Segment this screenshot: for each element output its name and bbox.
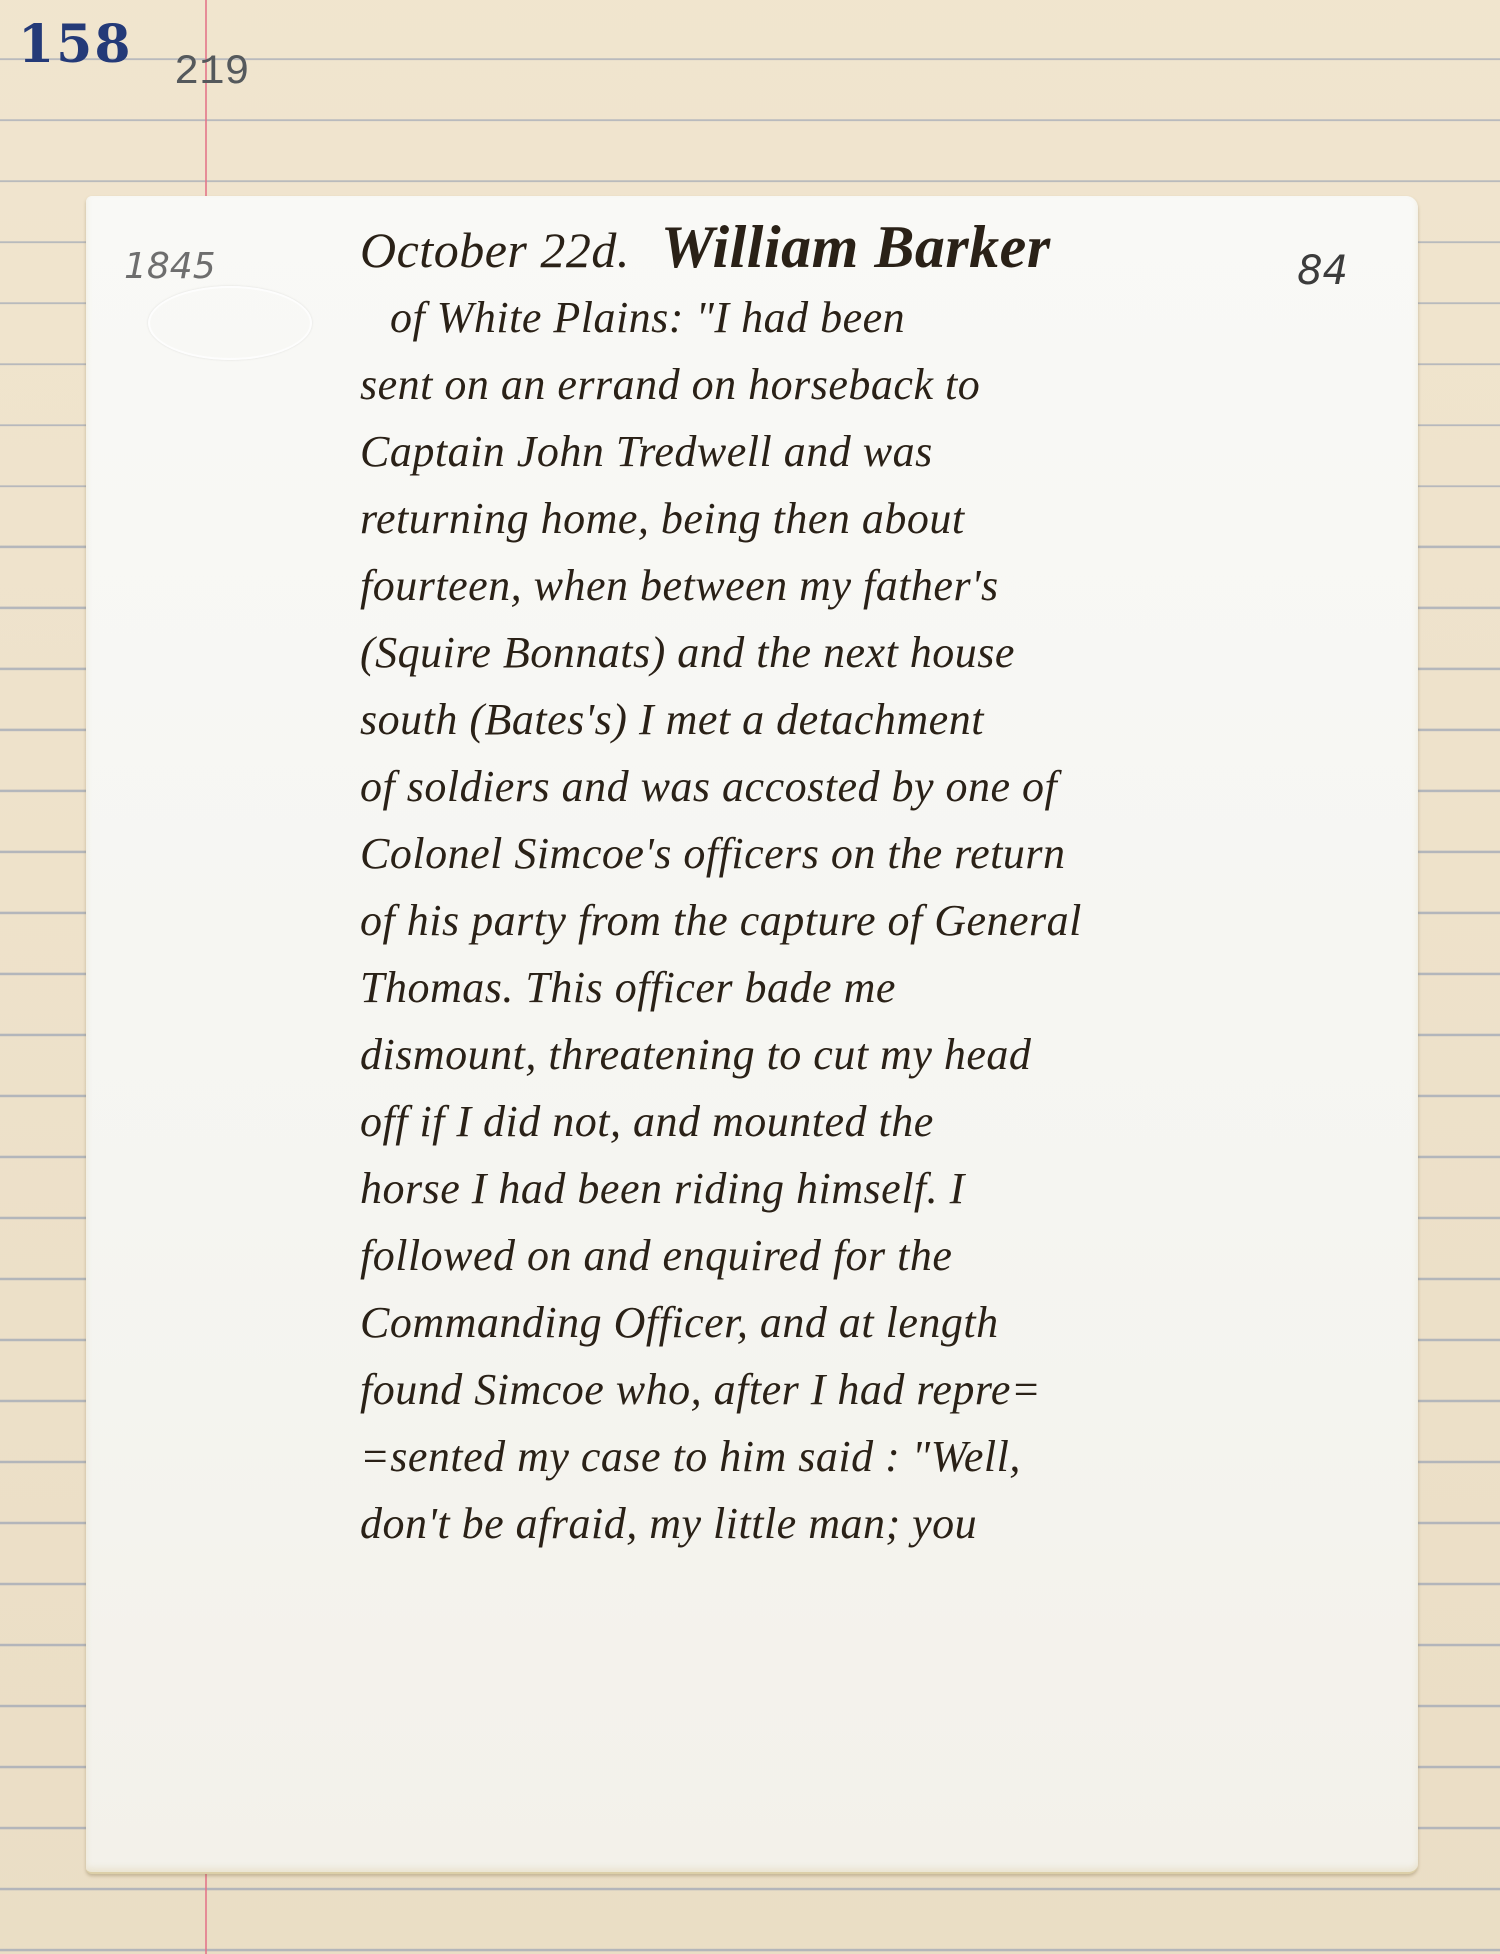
- stamped-number: 158: [18, 14, 133, 75]
- manuscript-line: of his party from the capture of General: [360, 887, 1280, 954]
- manuscript-text: October 22d. William Barker of White Pla…: [360, 210, 1280, 1557]
- manuscript-line: sent on an errand on horseback to: [360, 351, 1280, 418]
- entry-heading: October 22d. William Barker: [360, 210, 1280, 284]
- manuscript-line: =sented my case to him said : "Well,: [360, 1423, 1280, 1490]
- page-number: 84: [1297, 248, 1348, 294]
- manuscript-line: off if I did not, and mounted the: [360, 1088, 1280, 1155]
- manuscript-line: of soldiers and was accosted by one of: [360, 753, 1280, 820]
- manuscript-line: followed on and enquired for the: [360, 1222, 1280, 1289]
- manuscript-line: dismount, threatening to cut my head: [360, 1021, 1280, 1088]
- manuscript-line: returning home, being then about: [360, 485, 1280, 552]
- folio-number: 219: [174, 48, 250, 96]
- manuscript-line: don't be afraid, my little man; you: [360, 1490, 1280, 1557]
- manuscript-line: Thomas. This officer bade me: [360, 954, 1280, 1021]
- manuscript-line: horse I had been riding himself. I: [360, 1155, 1280, 1222]
- manuscript-line: fourteen, when between my father's: [360, 552, 1280, 619]
- manuscript-line: south (Bates's) I met a detachment: [360, 686, 1280, 753]
- manuscript-line: of White Plains: "I had been: [390, 284, 1280, 351]
- pencil-year-annotation: 1845: [124, 246, 216, 287]
- manuscript-line: (Squire Bonnats) and the next house: [360, 619, 1280, 686]
- embossed-seal-icon: [148, 286, 312, 360]
- entry-date: October 22d.: [360, 222, 630, 278]
- manuscript-line: found Simcoe who, after I had repre=: [360, 1356, 1280, 1423]
- manuscript-line: Colonel Simcoe's officers on the return: [360, 820, 1280, 887]
- manuscript-line: Captain John Tredwell and was: [360, 418, 1280, 485]
- entry-name: William Barker: [661, 214, 1051, 280]
- manuscript-line: Commanding Officer, and at length: [360, 1289, 1280, 1356]
